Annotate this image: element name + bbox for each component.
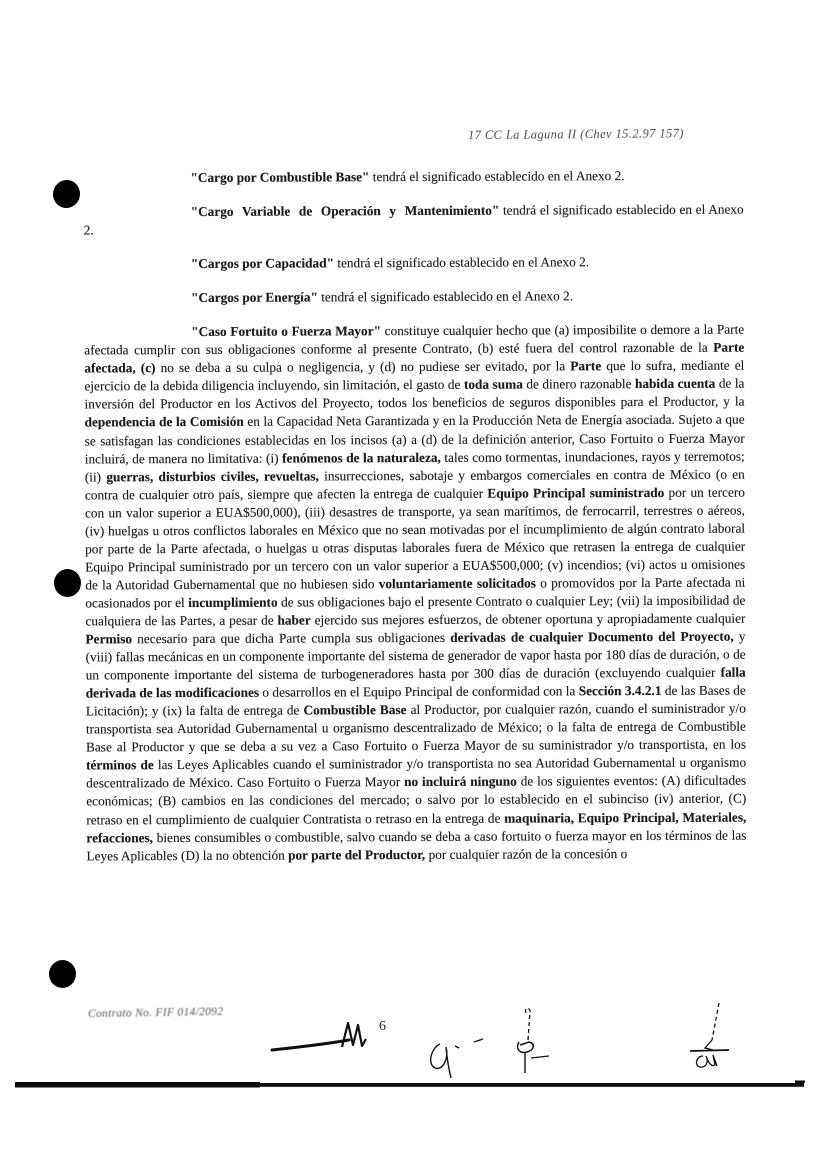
definition-text: tendrá el significado establecido en el … <box>369 168 624 184</box>
header-annotation: 17 CC La Laguna II (Chev 15.2.97 157) <box>468 126 736 143</box>
handwritten-initials-3 <box>690 1003 729 1067</box>
defined-term: "Cargo Variable de Operación y Mantenimi… <box>191 203 500 219</box>
definition-cargos-por-capacidad: "Cargos por Capacidad" tendrá el signifi… <box>84 253 744 274</box>
handwritten-initials-1 <box>431 1039 483 1078</box>
document-body: "Cargo por Combustible Base" tendrá el s… <box>83 167 746 866</box>
signature-underline-flourish <box>272 1023 366 1050</box>
contract-number-footer: Contrato No. FIF 014/2092 <box>88 1006 223 1020</box>
hole-punch-mark-icon <box>54 569 81 597</box>
definition-cargo-variable-operacion-mantenimiento: "Cargo Variable de Operación y Mantenimi… <box>84 201 744 240</box>
definition-text: tendrá el significado establecido en el … <box>334 254 589 270</box>
scanned-contract-page: 17 CC La Laguna II (Chev 15.2.97 157) "C… <box>0 0 828 1169</box>
definition-cargos-por-energia: "Cargos por Energía" tendrá el significa… <box>84 287 744 308</box>
definition-text: tendrá el significado establecido en el … <box>318 288 573 304</box>
page-number: 6 <box>379 1019 386 1035</box>
defined-term: "Cargo por Combustible Base" <box>190 169 369 185</box>
definition-caso-fortuito-fuerza-mayor: "Caso Fortuito o Fuerza Mayor" constituy… <box>84 321 746 865</box>
hole-punch-mark-icon <box>49 960 76 988</box>
hole-punch-mark-icon <box>50 177 82 210</box>
definition-cargo-por-combustible-base: "Cargo por Combustible Base" tendrá el s… <box>83 167 743 188</box>
bottom-rule-line <box>15 1081 805 1088</box>
handwritten-initials-2 <box>518 1008 549 1073</box>
defined-term: "Cargos por Energía" <box>191 290 318 306</box>
defined-term: "Cargos por Capacidad" <box>191 255 334 271</box>
